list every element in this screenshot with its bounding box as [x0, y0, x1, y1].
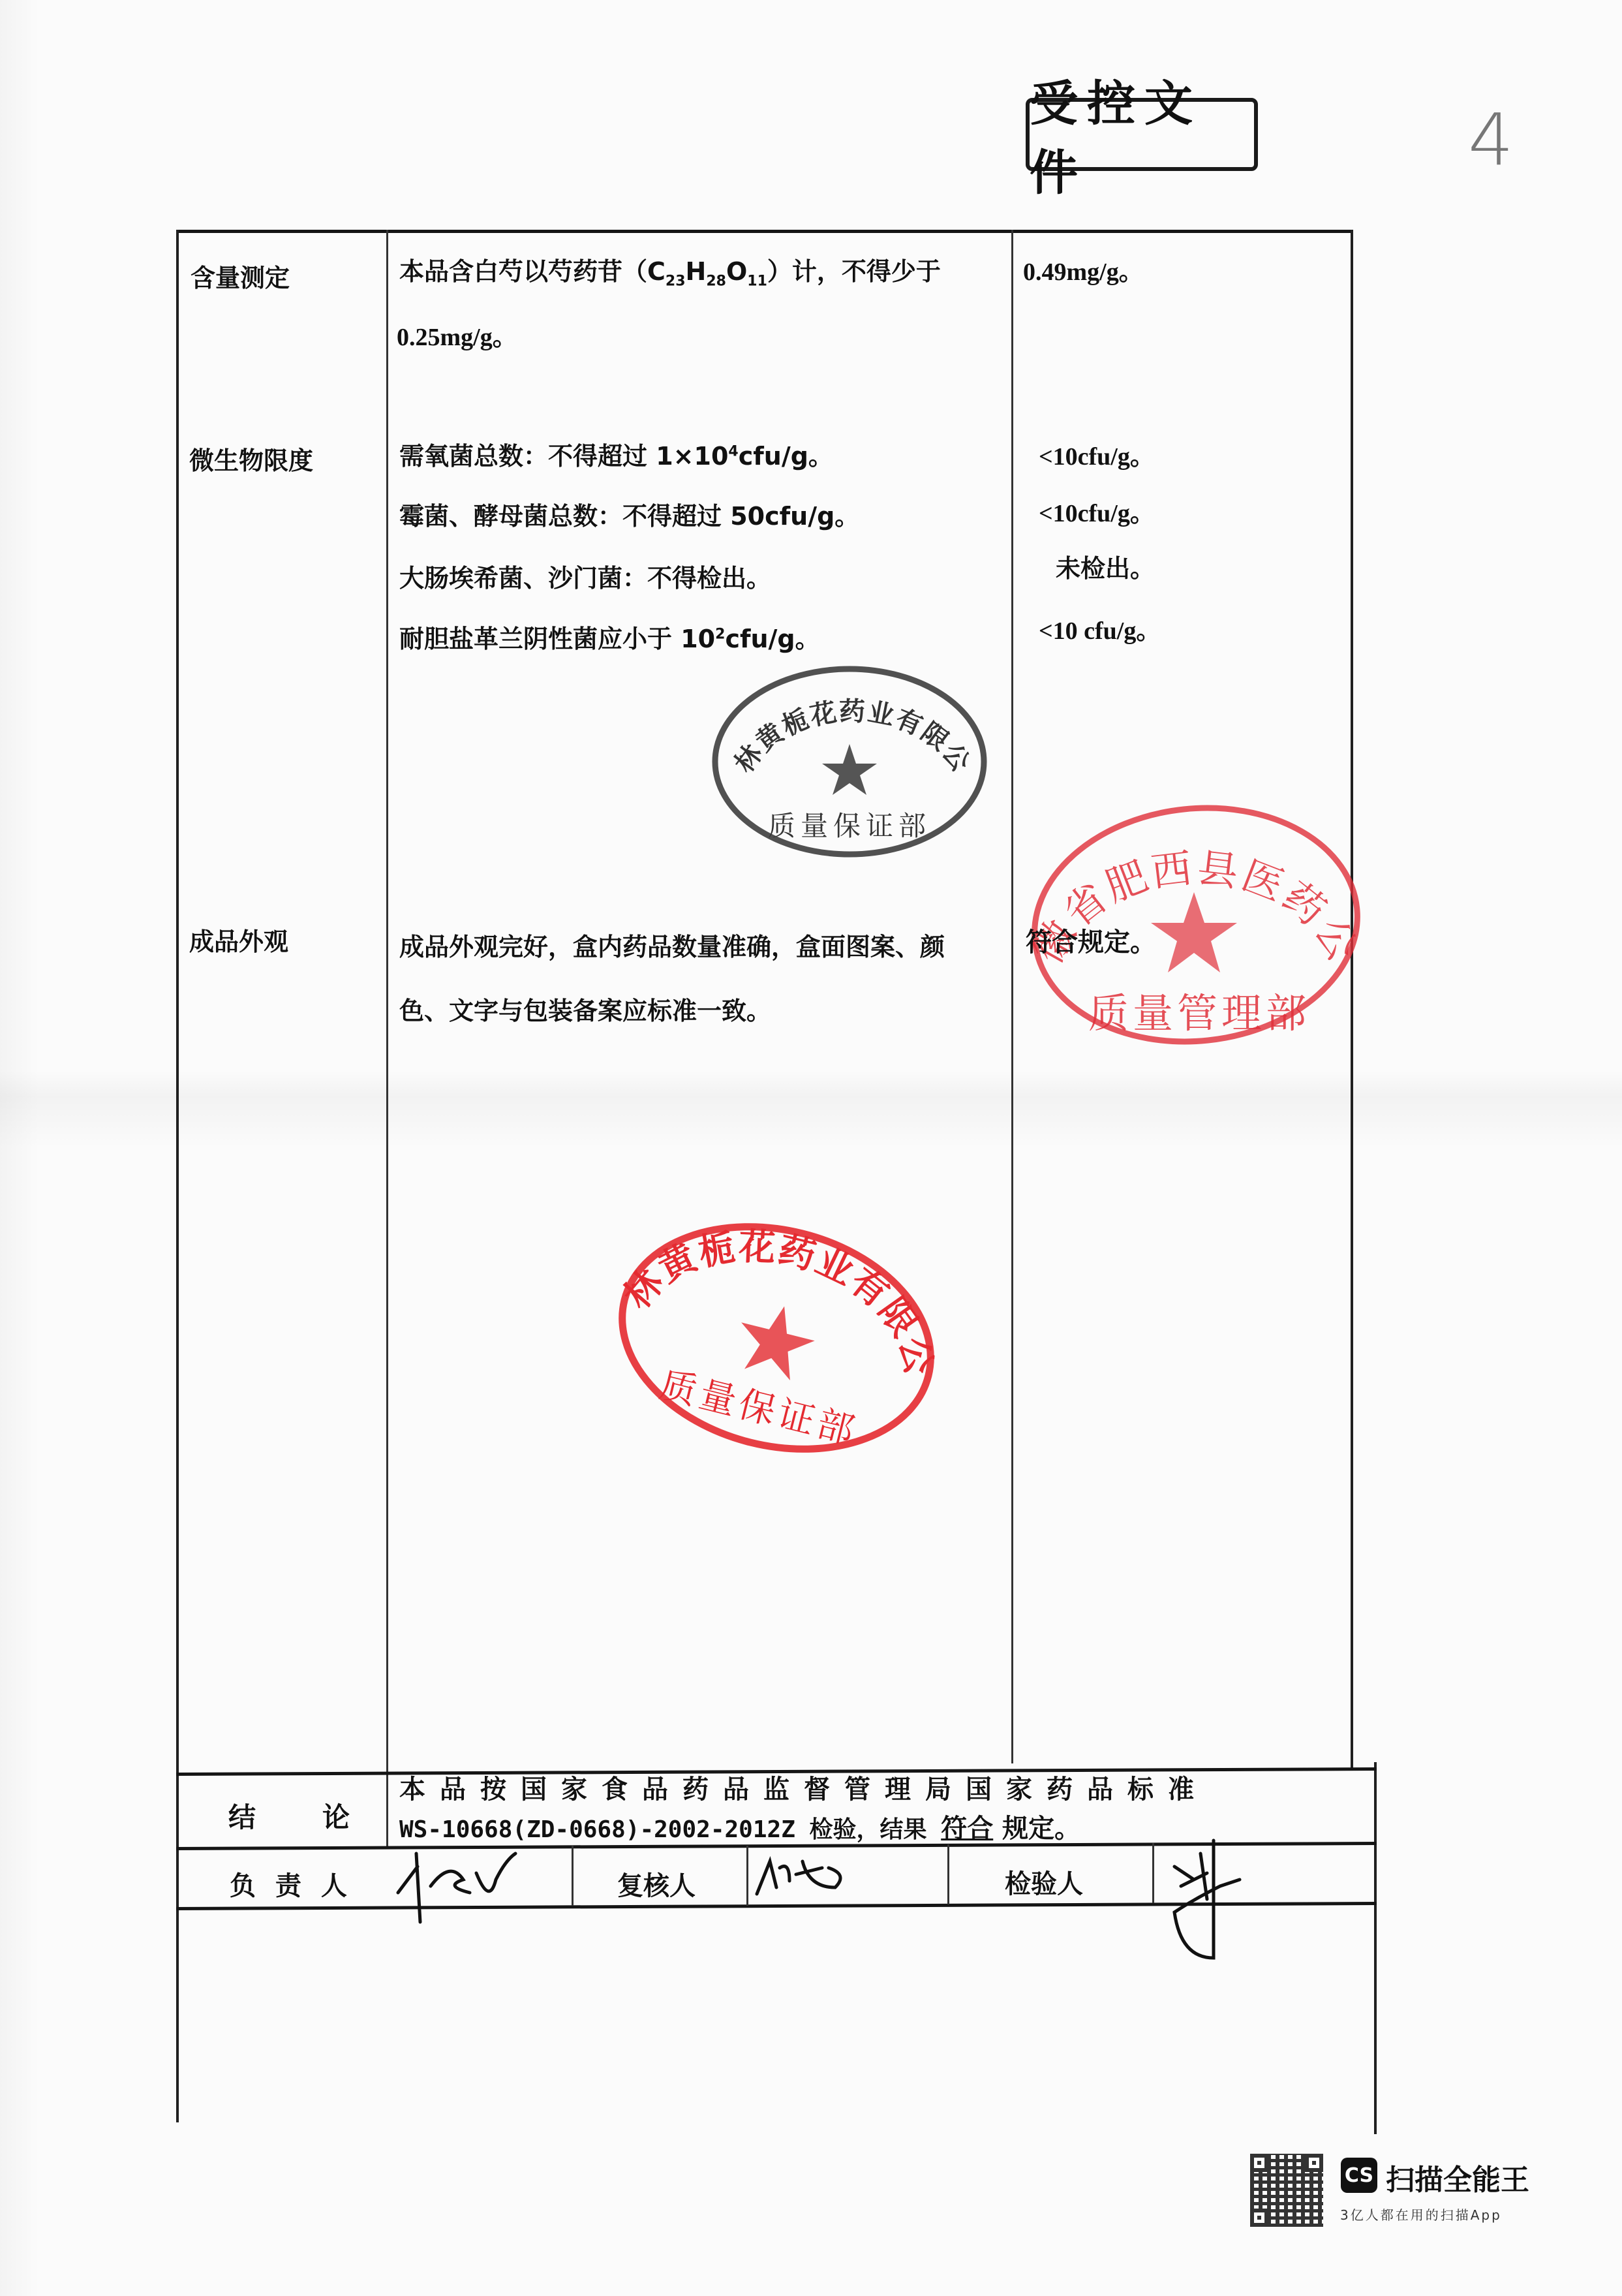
inspector-signature	[1155, 1827, 1272, 1971]
appearance-label: 成品外观	[189, 922, 288, 957]
column-divider-1	[386, 230, 388, 1848]
assay-result: 0.49mg/g。	[1023, 251, 1144, 287]
camscanner-tagline: 3亿人都在用的扫描App	[1340, 2205, 1502, 2224]
reviewer-label: 复核人	[617, 1865, 696, 1902]
microbial-standard-1: 需氧菌总数：不得超过 1×104cfu/g。	[399, 436, 833, 472]
microbial-standard-3: 大肠埃希菌、沙门菌：不得检出。	[399, 558, 771, 594]
table-left-border	[176, 230, 179, 2122]
microbial-standard-4: 耐胆盐革兰阴性菌应小于 102cfu/g。	[399, 619, 820, 655]
column-divider-2	[1011, 230, 1013, 1763]
svg-text:质量管理部: 质量管理部	[1088, 989, 1310, 1037]
table-top-border	[176, 230, 1352, 233]
controlled-document-stamp: 受控文件	[1026, 98, 1258, 171]
microbial-result-2: <10cfu/g。	[1039, 493, 1155, 529]
appearance-result: 符合规定。	[1026, 922, 1156, 959]
gray-stamp-department: 质量保证部	[768, 810, 931, 842]
sig-divider-4	[1152, 1843, 1154, 1903]
qr-code[interactable]	[1250, 2154, 1323, 2227]
sig-divider-2	[746, 1846, 748, 1906]
conclusion-line2: WS-10668(ZD-0668)-2002-2012Z 检验，结果 符合 规定…	[399, 1808, 1080, 1845]
microbial-label: 微生物限度	[189, 441, 313, 476]
assay-standard-line2: 0.25mg/g。	[397, 317, 517, 352]
assay-standard-line1: 本品含白芍以芍药苷（C23H28O11）计，不得少于	[399, 251, 941, 290]
microbial-standard-2: 霉菌、酵母菌总数：不得超过 50cfu/g。	[399, 496, 859, 532]
appearance-standard-line1: 成品外观完好，盒内药品数量准确，盒面图案、颜	[399, 927, 945, 963]
responsible-person-signature	[391, 1840, 561, 1925]
microbial-result-3: 未检出。	[1056, 548, 1155, 584]
manufacturer-stamp-red: 吉林黄栀花药业有限公司 质量保证部	[607, 1207, 946, 1471]
svg-text:吉林黄栀花药业有限公司: 吉林黄栀花药业有限公司	[692, 636, 977, 778]
conclusion-line1: 本品按国家食品药品监督管理局国家药品标准	[399, 1769, 1208, 1806]
paper-background	[0, 0, 1622, 2296]
microbial-result-1: <10cfu/g。	[1039, 436, 1155, 472]
appearance-standard-line2: 色、文字与包装备案应标准一致。	[399, 991, 771, 1027]
company-stamp-gray: 吉林黄栀花药业有限公司 质量保证部	[706, 660, 993, 865]
inspector-label: 检验人	[1005, 1863, 1083, 1900]
table-right-border-lower	[1374, 1762, 1377, 2134]
responsible-person-label: 负 责 人	[230, 1865, 352, 1902]
assay-label: 含量测定	[191, 258, 290, 294]
sig-divider-3	[947, 1844, 949, 1904]
svg-text:质量保证部: 质量保证部	[656, 1363, 863, 1453]
page-number: 4	[1468, 98, 1514, 181]
conclusion-label: 结 论	[228, 1796, 369, 1835]
camscanner-brand: 扫描全能王	[1386, 2156, 1529, 2198]
reviewer-signature	[750, 1848, 881, 1907]
gray-stamp-company-name: 吉林黄栀花药业有限公司	[692, 636, 977, 778]
sig-divider-1	[572, 1846, 574, 1906]
camscanner-logo: CS	[1341, 2158, 1377, 2193]
microbial-result-4: <10 cfu/g。	[1039, 610, 1161, 646]
